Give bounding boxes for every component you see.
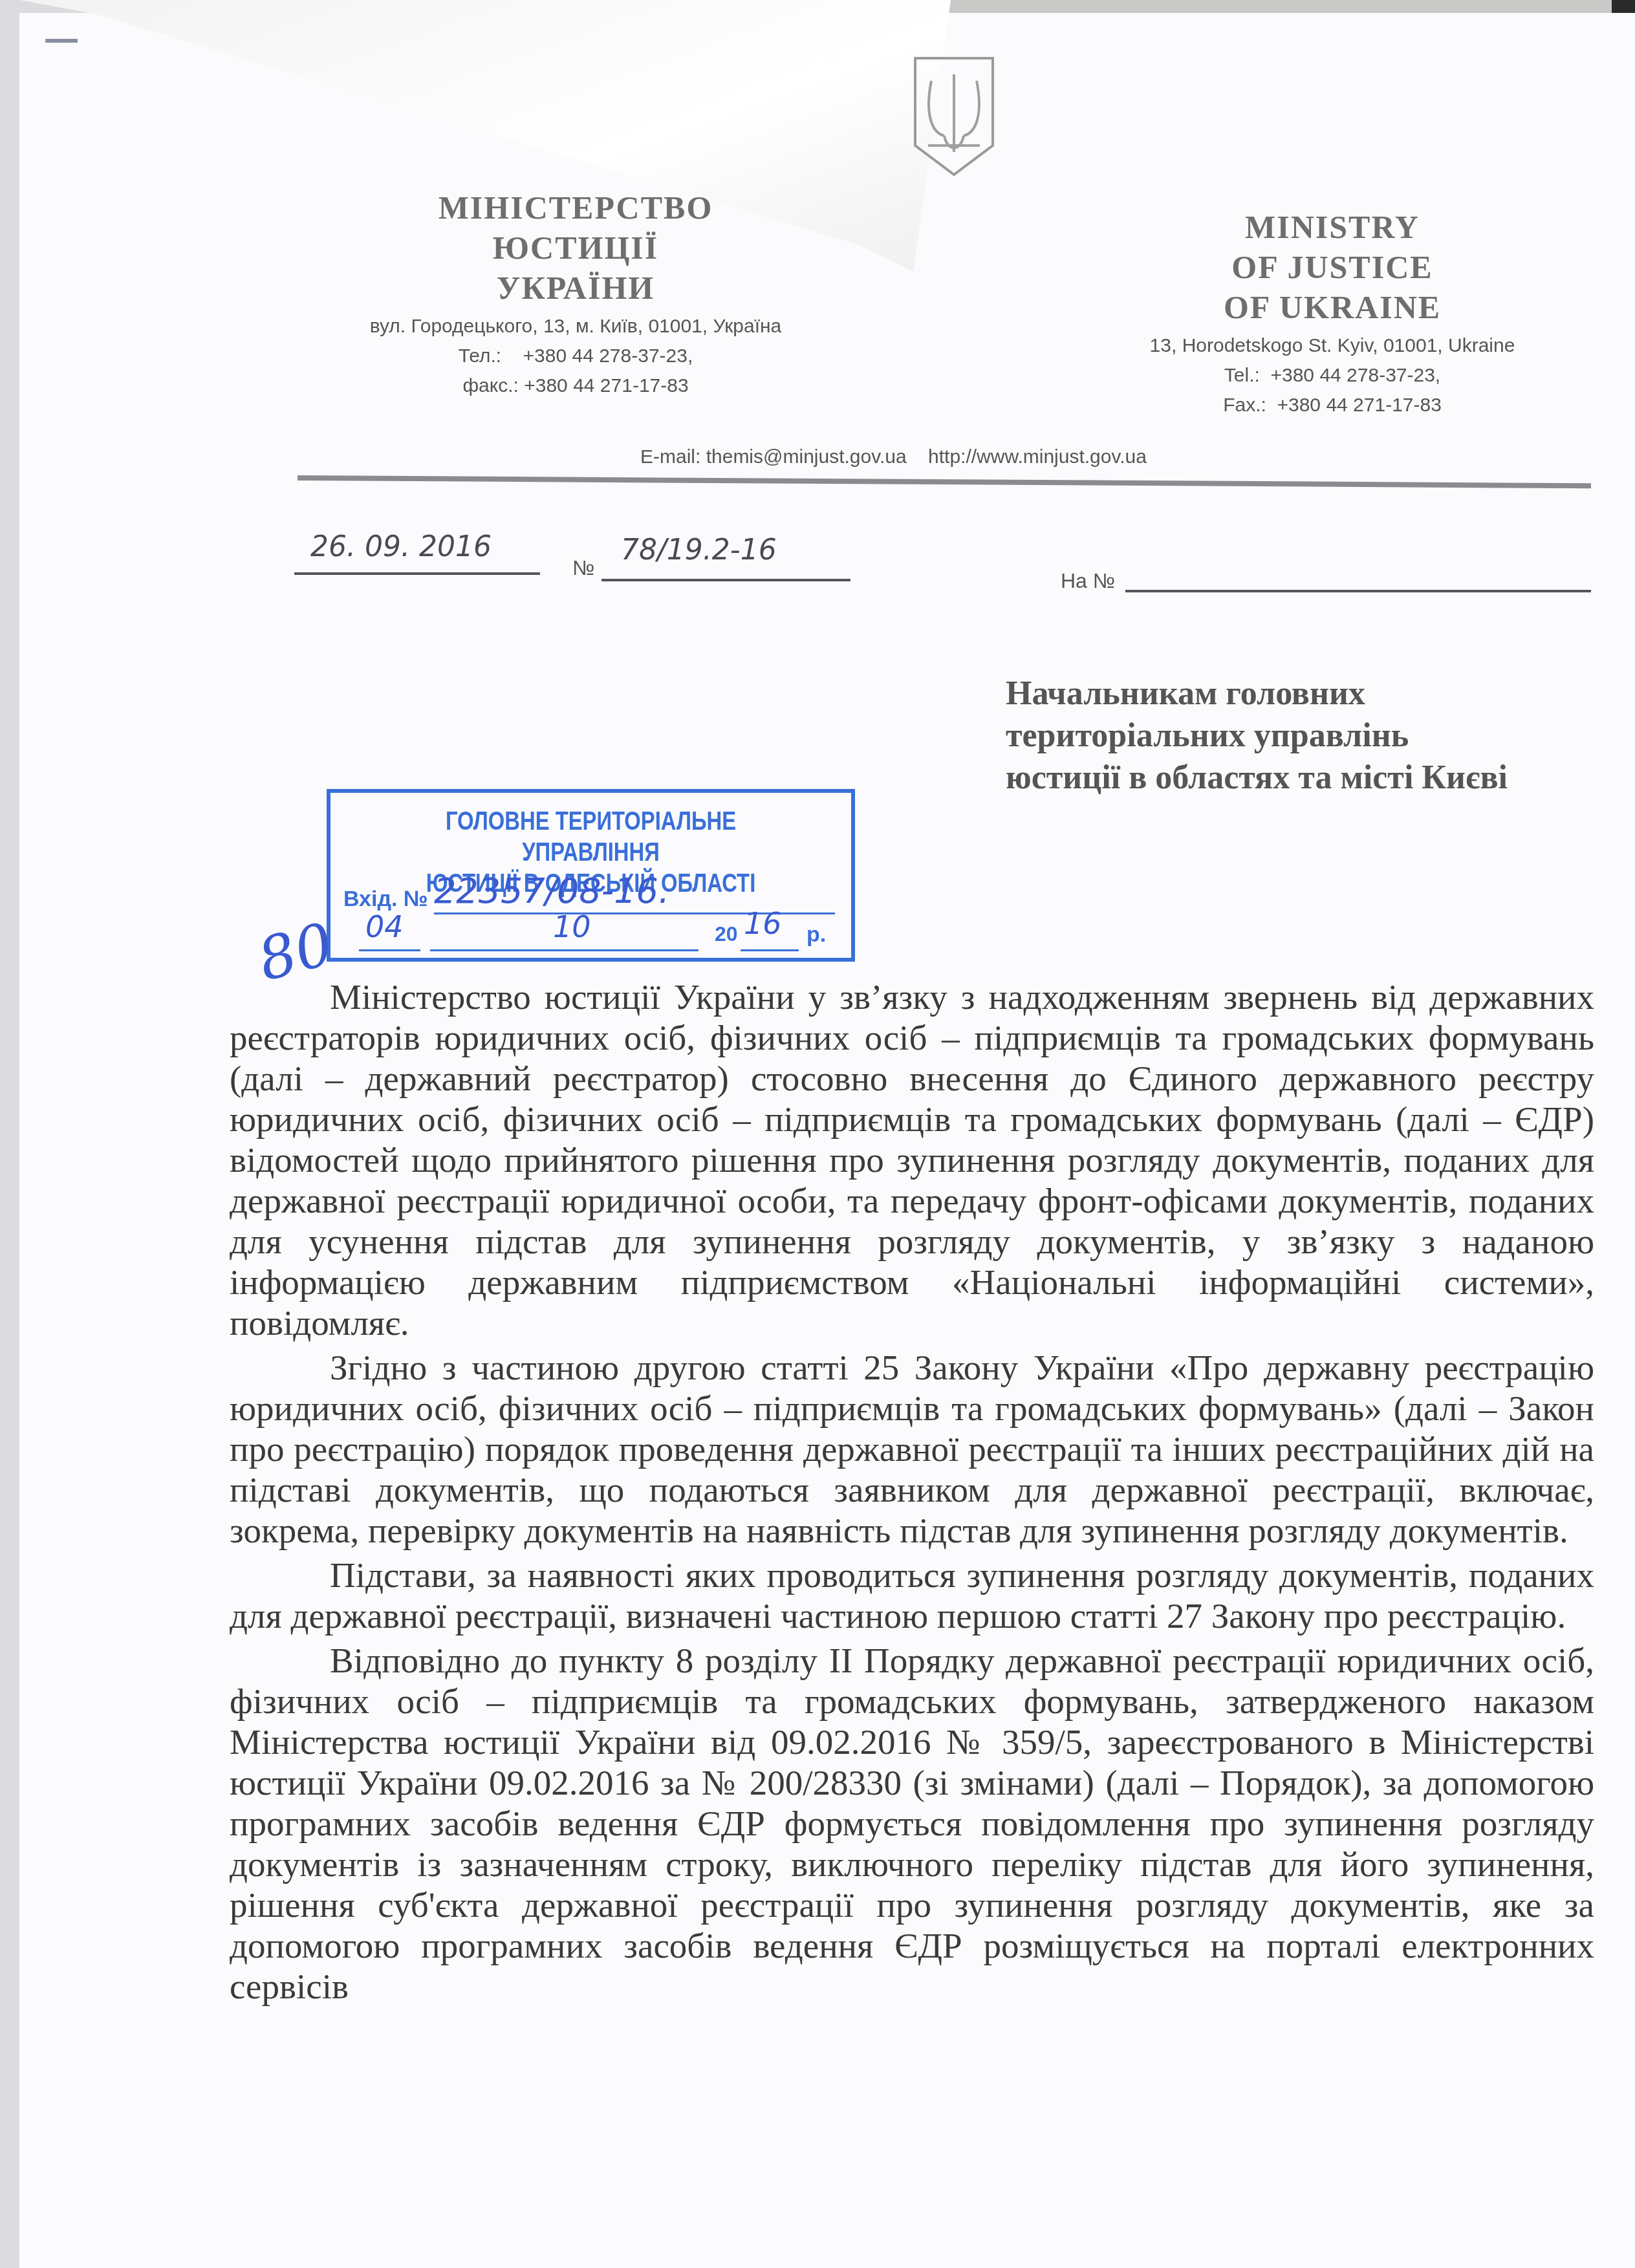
org-name-ua-line1: МІНІСТЕРСТВО <box>285 188 867 228</box>
body-paragraph: Згідно з частиною другою статті 25 Закон… <box>230 1347 1594 1551</box>
phone-ua: Тел.: +380 44 278-37-23, <box>285 341 867 371</box>
stamp-date-row: 04 10 20 16 р. <box>340 916 844 955</box>
org-name-ua-line3: УКРАЇНИ <box>285 268 867 308</box>
number-label: № <box>572 556 594 580</box>
org-name-en-line1: MINISTRY <box>1048 207 1617 247</box>
stamp-incoming-number: 22357/08-16. <box>434 870 669 911</box>
fax-en: Fax.: +380 44 271-17-83 <box>1048 391 1617 420</box>
stamp-year-suffix: 16 <box>744 906 782 941</box>
stamp-day: 04 <box>365 909 404 944</box>
stamp-line1: ГОЛОВНЕ ТЕРИТОРІАЛЬНЕ УПРАВЛІННЯ <box>377 806 804 868</box>
addressee: Начальникам головних територіальних упра… <box>1006 673 1523 799</box>
org-name-en-line3: OF UKRAINE <box>1048 287 1617 327</box>
reply-number-label: На № <box>1061 569 1115 593</box>
fax-ua: факс.: +380 44 271-17-83 <box>285 371 867 401</box>
letterhead-ua: МІНІСТЕРСТВО ЮСТИЦІЇ УКРАЇНИ вул. Городе… <box>285 188 867 401</box>
letterhead-en: MINISTRY OF JUSTICE OF UKRAINE 13, Horod… <box>1048 207 1617 420</box>
reply-number-field <box>1125 590 1591 592</box>
address-ua: вул. Городецького, 13, м. Київ, 01001, У… <box>285 312 867 341</box>
letter-body: Міністерство юстиції України у зв’язку з… <box>230 977 1594 2011</box>
address-en: 13, Horodetskogo St. Kyiv, 01001, Ukrain… <box>1048 331 1617 361</box>
date-underline <box>294 572 540 575</box>
body-paragraph: Відповідно до пункту 8 розділу ІІ Порядк… <box>230 1640 1594 2007</box>
body-paragraph: Підстави, за наявності яких проводиться … <box>230 1555 1594 1636</box>
incoming-registration-stamp: ГОЛОВНЕ ТЕРИТОРІАЛЬНЕ УПРАВЛІННЯ ЮСТИЦІЇ… <box>327 789 855 962</box>
stamp-year-unit: р. <box>807 922 826 947</box>
stamp-month: 10 <box>553 909 591 944</box>
org-name-en-line2: OF JUSTICE <box>1048 247 1617 287</box>
stamp-day-underline <box>359 949 420 951</box>
stamp-year-underline <box>741 949 799 951</box>
outgoing-number: 78/19.2-16 <box>621 534 777 567</box>
contact-line[interactable]: E-mail: themis@minjust.gov.ua http://www… <box>640 446 1147 468</box>
staple-mark <box>45 39 78 43</box>
trident-coat-of-arms-icon <box>912 55 996 178</box>
stamp-incoming-label: Вхід. № <box>343 887 428 912</box>
phone-en: Tel.: +380 44 278-37-23, <box>1048 361 1617 391</box>
body-paragraph: Міністерство юстиції України у зв’язку з… <box>230 977 1594 1343</box>
number-underline <box>601 579 850 581</box>
org-name-ua-line2: ЮСТИЦІЇ <box>285 228 867 268</box>
stamp-year-prefix: 20 <box>715 922 738 946</box>
stamp-month-underline <box>430 949 698 951</box>
outgoing-date: 26. 09. 2016 <box>310 530 492 563</box>
